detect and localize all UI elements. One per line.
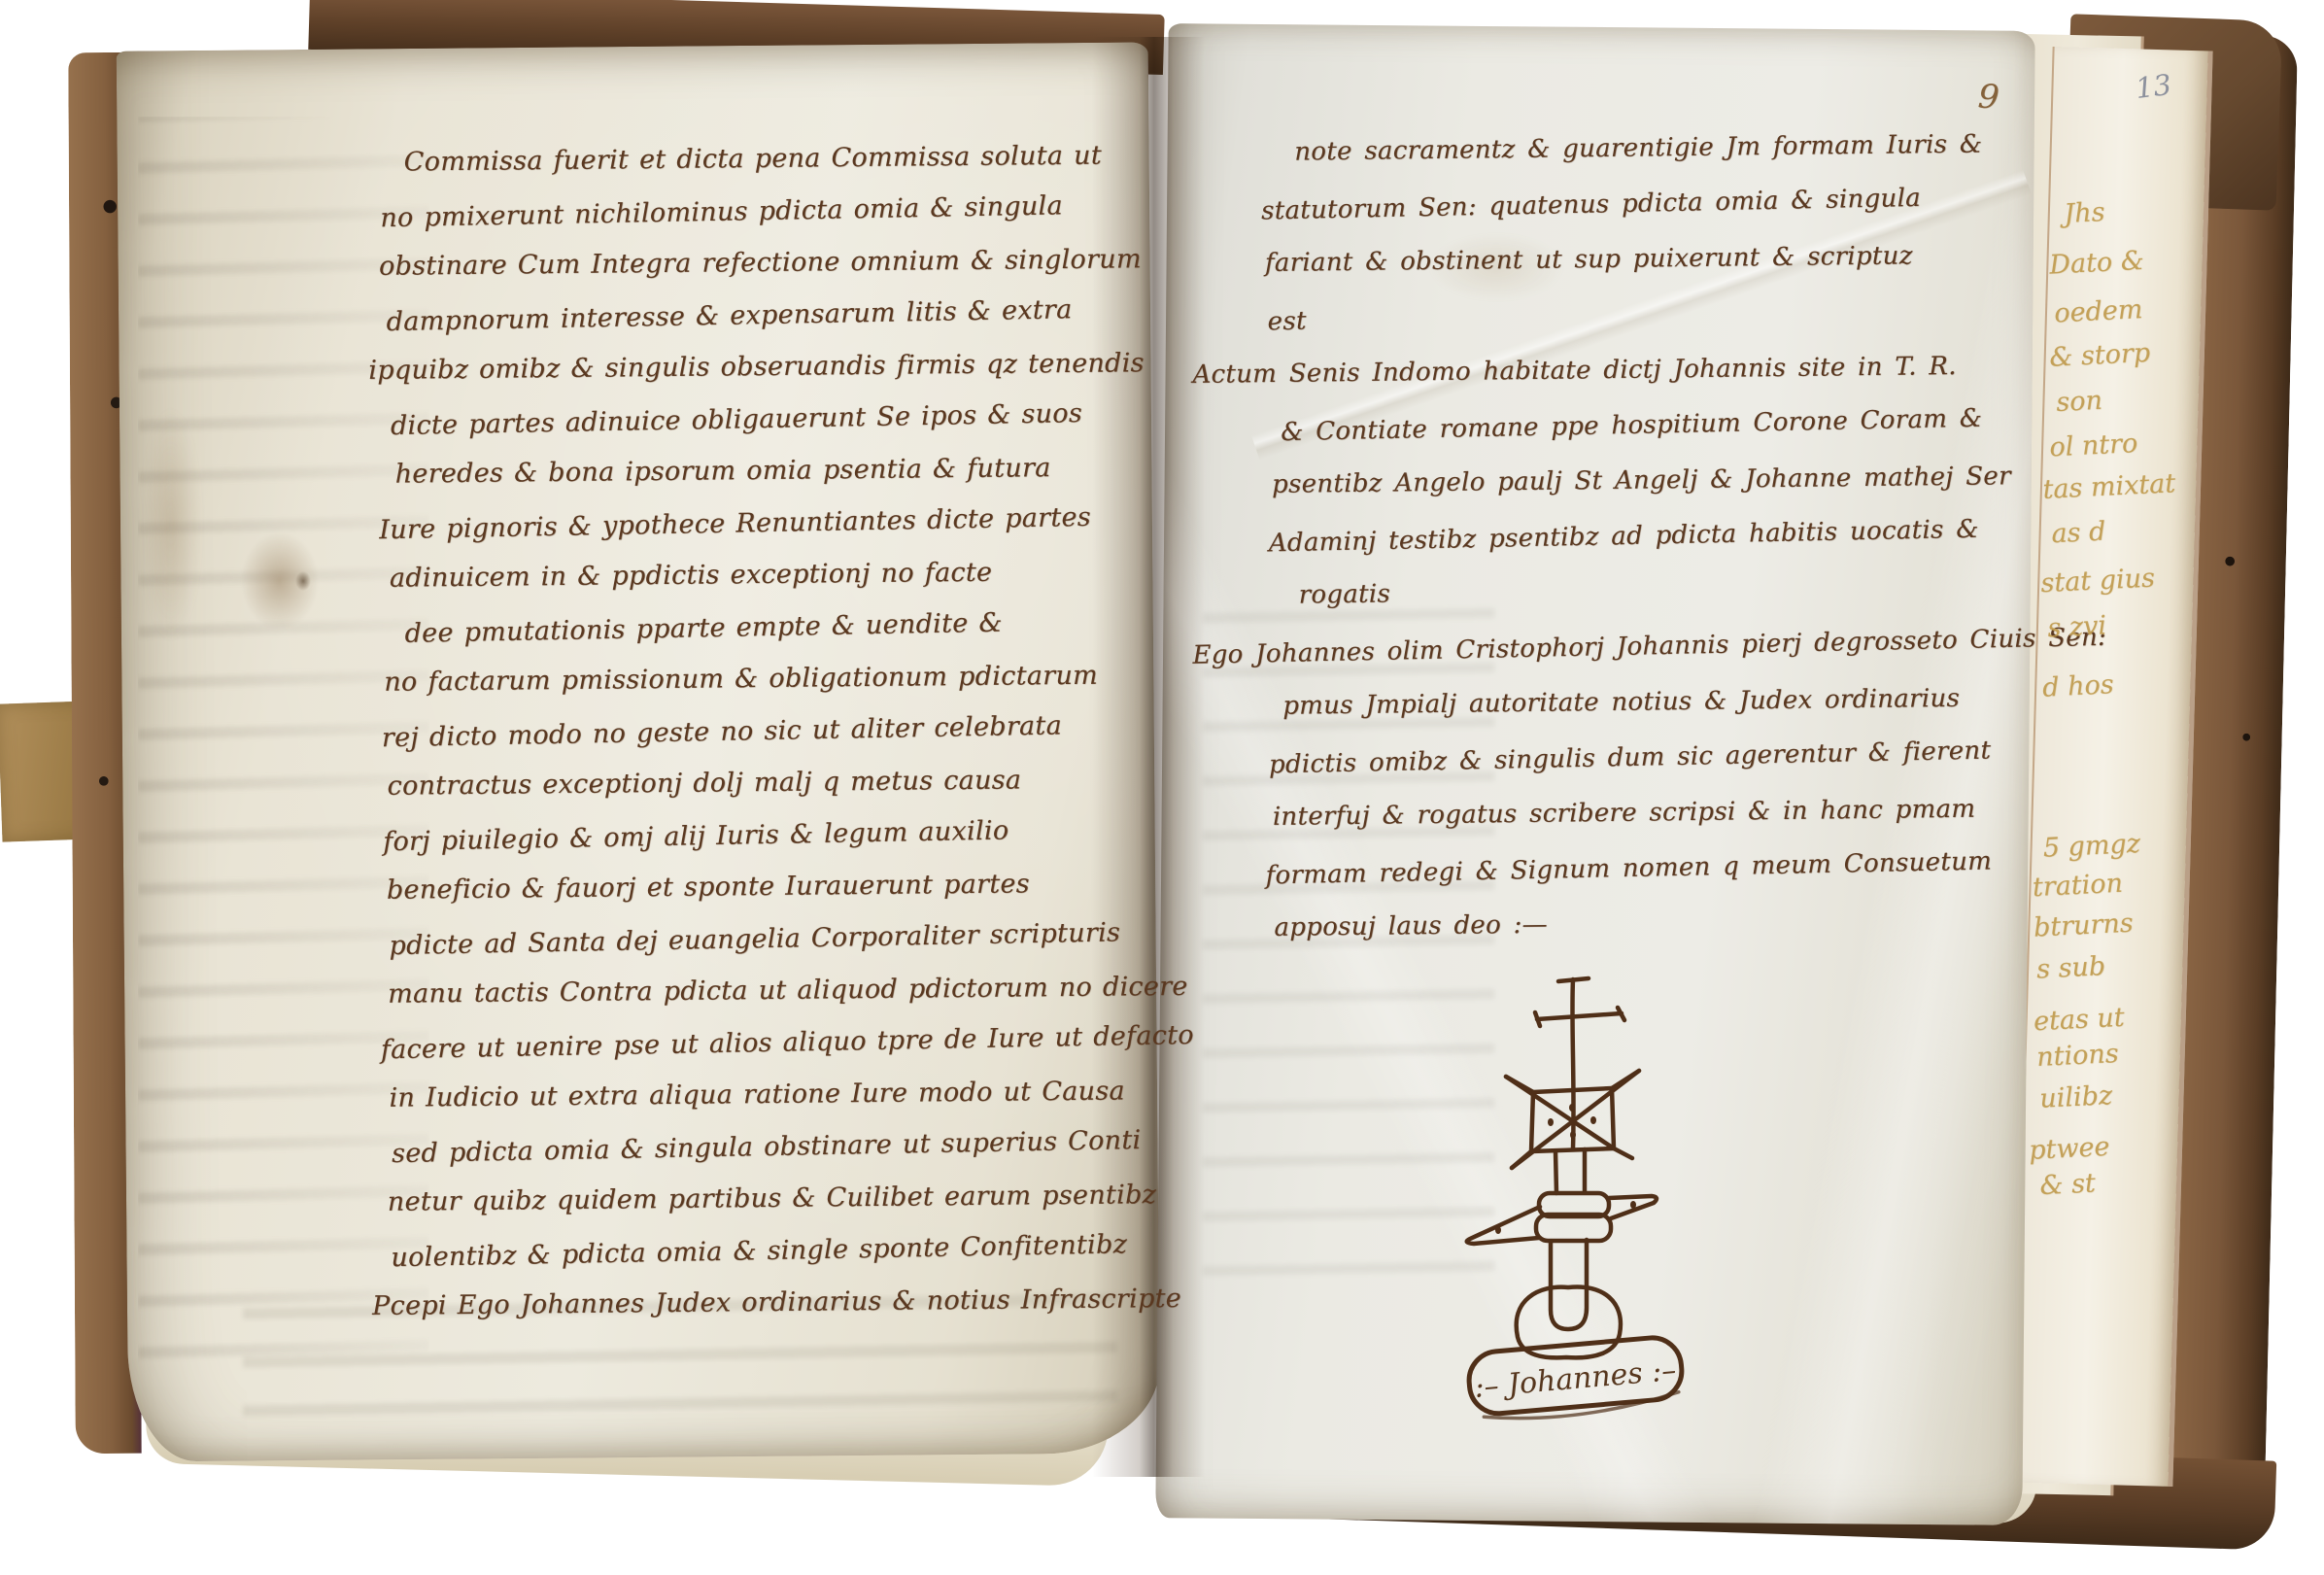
manuscript-line-text: contractus exceptionj dolj malj q metus … xyxy=(387,765,1021,801)
manuscript-line: apposuj laus deo :— xyxy=(1274,905,2044,969)
manuscript-line-text: fariant & obstinent ut sup puixerunt & s… xyxy=(1265,241,1913,278)
manuscript-line-text: netur quibz quidem partibus & Cuilibet e… xyxy=(388,1180,1157,1217)
manuscript-line-text: beneficio & fauorj et sponte Iurauerunt … xyxy=(387,869,1030,905)
signum-cartouche: :– Johannes :– xyxy=(1467,1335,1685,1423)
manuscript-photo: Commissa fuerit et dicta pena Commissa s… xyxy=(0,0,2324,1575)
manuscript-line-text: heredes & bona ipsorum omia psentia & fu… xyxy=(394,453,1050,489)
signum-name-label: :– Johannes :– xyxy=(1473,1353,1678,1405)
manuscript-line-text: manu tactis Contra pdicta ut aliquod pdi… xyxy=(388,972,1188,1010)
manuscript-line-text: est xyxy=(1267,307,1307,337)
manuscript-line-text: obstinare Cum Integra refectione omnium … xyxy=(379,244,1142,282)
manuscript-line-text: apposuj laus deo :— xyxy=(1274,910,1548,942)
right-page-text-block: note sacramentz & guarentigie Jm formam … xyxy=(1187,128,2044,971)
manuscript-line-text: ipquibz omibz & singulis obseruandis fir… xyxy=(368,348,1145,386)
manuscript-line-text: adinuicem in & ppdictis exceptionj no fa… xyxy=(390,558,993,594)
folio-number-current: 9 xyxy=(1977,77,2000,117)
manuscript-line-text: Pcepi Ego Johannes Judex ordinarius & no… xyxy=(372,1284,1181,1321)
manuscript-line-text: in Iudicio ut extra aliqua ratione Iure … xyxy=(389,1076,1125,1113)
left-page-text-block: Commissa fuerit et dicta pena Commissa s… xyxy=(370,139,1162,1344)
folio-number-next-leaf: 13 xyxy=(2134,68,2173,105)
signum-shaft-left xyxy=(1555,1151,1556,1193)
notary-signum-drawing: :– Johannes :– xyxy=(1450,964,1707,1428)
manuscript-line: Pcepi Ego Johannes Judex ordinarius & no… xyxy=(372,1284,1161,1343)
manuscript-line-text: no factarum pmissionum & obligationum pd… xyxy=(384,661,1098,698)
signum-lower-shaft xyxy=(1551,1240,1587,1329)
signum-cross-bar xyxy=(1537,1013,1622,1019)
signum-left-wing xyxy=(1467,1207,1540,1244)
manuscript-line-text: rogatis xyxy=(1298,579,1390,609)
manuscript-line-text: Commissa fuerit et dicta pena Commissa s… xyxy=(404,141,1103,178)
